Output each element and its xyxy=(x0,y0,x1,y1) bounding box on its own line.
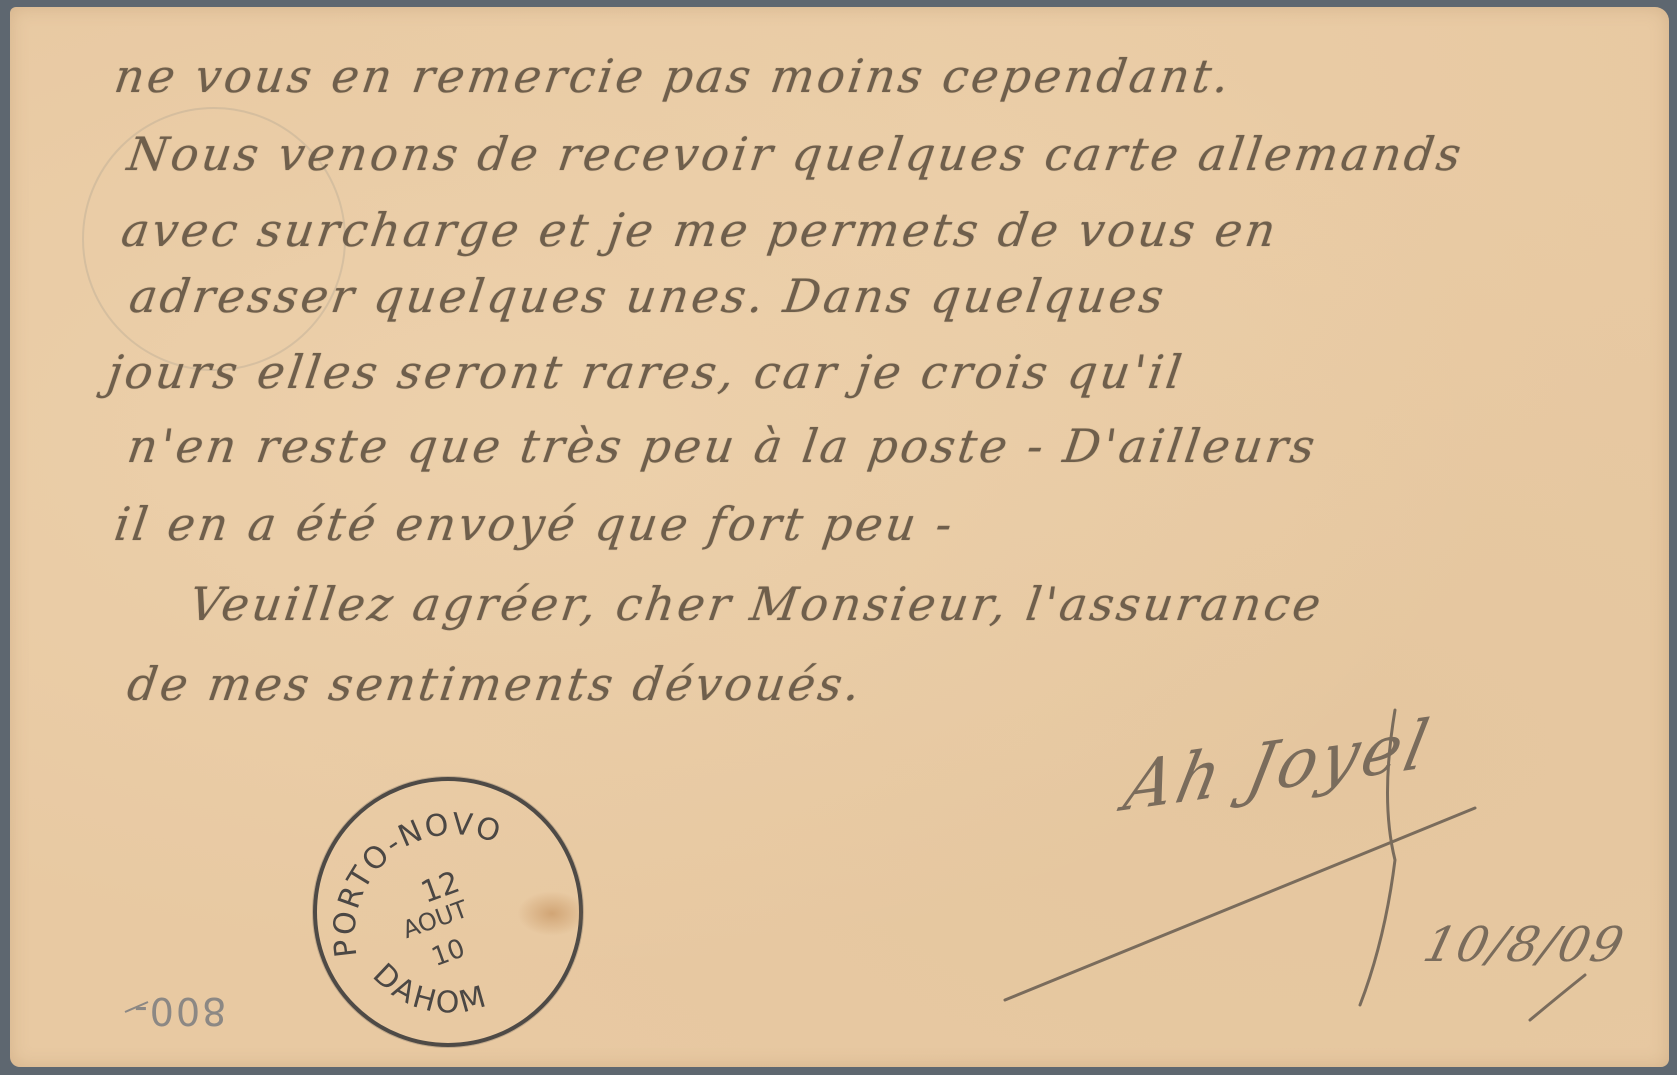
svg-text:DAHOM: DAHOM xyxy=(366,957,493,1021)
postmark-country: DAHOM xyxy=(366,957,493,1021)
postmark-stamp: PORTO-NOVO DAHOM 12 AOUT 10 xyxy=(313,777,583,1047)
letter-line-7: il en a été envoyé que fort peu - xyxy=(111,497,958,551)
letter-line-5: jours elles seront rares, car je crois q… xyxy=(104,345,1188,399)
letter-line-3: avec surcharge et je me permets de vous … xyxy=(118,203,1282,257)
letter-line-8: Veuillez agréer, cher Monsieur, l'assura… xyxy=(186,577,1327,631)
signature: Ah Joyel xyxy=(1118,704,1439,827)
letter-line-1: ne vous en remercie pas moins cependant. xyxy=(111,49,1235,103)
scan-background: ne vous en remercie pas moins cependant.… xyxy=(0,0,1677,1075)
letter-line-4: adresser quelques unes. Dans quelques xyxy=(126,269,1170,323)
ink-stain xyxy=(517,891,587,936)
postmark-year: 10 xyxy=(428,933,469,973)
letter-line-6: n'en reste que très peu à la poste - D'a… xyxy=(124,419,1321,473)
letter-line-9: de mes sentiments dévoués. xyxy=(124,657,866,711)
pencil-price-note: 800- xyxy=(132,989,226,1033)
postcard: ne vous en remercie pas moins cependant.… xyxy=(10,7,1669,1067)
letter-line-2: Nous venons de recevoir quelques carte a… xyxy=(124,127,1467,181)
signature-date: 10/8/09 xyxy=(1418,917,1631,973)
